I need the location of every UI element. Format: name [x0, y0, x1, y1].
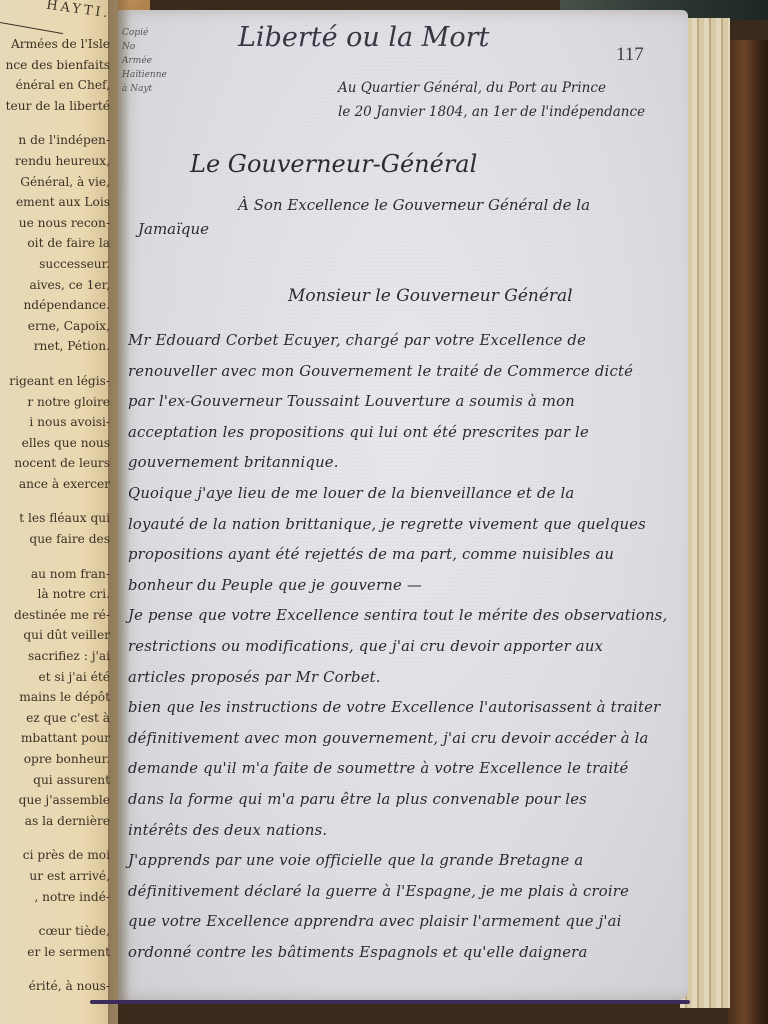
printed-line: destinée me ré- [0, 605, 110, 626]
printed-line: successeur. [0, 254, 110, 275]
printed-line: que faire des [0, 529, 110, 550]
printed-line: as la dernière [0, 811, 110, 832]
handwritten-line: Mr Edouard Corbet Ecuyer, chargé par vot… [128, 332, 688, 363]
printed-line: et si j'ai été [0, 667, 110, 688]
printed-line: ur est arrivé, [0, 866, 110, 887]
sender-title: Le Gouverneur-Général [190, 150, 477, 178]
printed-line: opre bonheur. [0, 749, 110, 770]
addressee-line-1: À Son Excellence le Gouverneur Général d… [238, 196, 590, 214]
printed-line: Général, à vie, [0, 172, 110, 193]
handwritten-line: restrictions ou modifications, que j'ai … [128, 638, 688, 669]
handwritten-line: bonheur du Peuple que je gouverne — [128, 577, 688, 608]
printed-line: Armées de l'Isle [0, 34, 110, 55]
printed-line: nce des bienfaits [0, 55, 110, 76]
handwritten-line: propositions ayant été rejettés de ma pa… [128, 546, 688, 577]
handwritten-line: que votre Excellence apprendra avec plai… [128, 913, 688, 944]
handwritten-line: définitivement avec mon gouvernement, j'… [128, 730, 688, 761]
printed-line: rnet, Pétion. [0, 336, 110, 357]
printed-line: ement aux Lois [0, 192, 110, 213]
printed-line: aives, ce 1er, [0, 275, 110, 296]
printed-line [0, 116, 110, 130]
printed-line: elles que nous [0, 433, 110, 454]
salutation: Monsieur le Gouverneur Général [288, 286, 573, 306]
printed-line: énéral en Chef, [0, 75, 110, 96]
handwritten-line: définitivement déclaré la guerre à l'Esp… [128, 883, 688, 914]
printed-line: ci près de moi [0, 845, 110, 866]
handwritten-line: Je pense que votre Excellence sentira to… [128, 607, 688, 638]
printed-line: ez que c'est à [0, 708, 110, 729]
printed-line: teur de la liberté [0, 96, 110, 117]
printed-line: mbattant pour [0, 728, 110, 749]
handwritten-line: ordonné contre les bâtiments Espagnols e… [128, 944, 688, 975]
leather-binding [728, 40, 768, 1024]
printed-text-block: Armées de l'Islence des bienfaitsénéral … [0, 34, 116, 997]
handwritten-line: intérêts des deux nations. [128, 822, 688, 853]
printed-line [0, 962, 110, 976]
printed-line: ance à exercer [0, 474, 110, 495]
printed-line: er le serment [0, 942, 110, 963]
printed-line: ndépendance. [0, 295, 110, 316]
printed-line: r notre gloire [0, 392, 110, 413]
photo-scene: HAYTI. Armées de l'Islence des bienfaits… [0, 0, 768, 1024]
printed-line: t les fléaux qui [0, 508, 110, 529]
printed-line: , notre indé- [0, 887, 110, 908]
handwritten-line: demande qu'il m'a faite de soumettre à v… [128, 760, 688, 791]
printed-line: que j'assemble [0, 790, 110, 811]
printed-line: érité, à nous- [0, 976, 110, 997]
handwritten-line: gouvernement britannique. [128, 454, 688, 485]
handwritten-line: par l'ex-Gouverneur Toussaint Louverture… [128, 393, 688, 424]
printed-line [0, 831, 110, 845]
printed-line: erne, Capoix, [0, 316, 110, 337]
printed-line [0, 907, 110, 921]
printed-line: nocent de leurs [0, 453, 110, 474]
printed-line: qui assurent [0, 770, 110, 791]
printed-line [0, 357, 110, 371]
printed-line: oit de faire la [0, 233, 110, 254]
header-rule [0, 22, 63, 34]
printed-line: rigeant en légis- [0, 371, 110, 392]
handwritten-line: bien que les instructions de votre Excel… [128, 699, 688, 730]
handwritten-line: dans la forme qui m'a paru être la plus … [128, 791, 688, 822]
handwritten-line: J'apprends par une voie officielle que l… [128, 852, 688, 883]
book-gutter-shadow [108, 0, 130, 1024]
handwritten-line: loyauté de la nation brittanique, je reg… [128, 516, 688, 547]
printed-line: n de l'indépen- [0, 130, 110, 151]
handwritten-line: Quoique j'aye lieu de me louer de la bie… [128, 485, 688, 516]
handwritten-line: renouveller avec mon Gouvernement le tra… [128, 363, 688, 394]
printed-line: i nous avoisi- [0, 412, 110, 433]
printed-line: sacrifiez : j'ai [0, 646, 110, 667]
printed-line: au nom fran- [0, 564, 110, 585]
handwritten-line: articles proposés par Mr Corbet. [128, 669, 688, 700]
running-header: HAYTI. [45, 0, 111, 21]
printed-line: là notre cri. [0, 584, 110, 605]
printed-line: cœur tiède, [0, 921, 110, 942]
printed-line: qui dût veiller [0, 625, 110, 646]
motto-heading: Liberté ou la Mort [238, 22, 489, 53]
printed-line [0, 494, 110, 508]
left-printed-page: HAYTI. Armées de l'Islence des bienfaits… [0, 0, 118, 1024]
addressee-line-2: Jamaïque [138, 220, 209, 238]
page-bottom-edge [90, 1000, 690, 1004]
printed-line [0, 550, 110, 564]
date-line: le 20 Janvier 1804, an 1er de l'indépend… [338, 104, 645, 120]
place-line: Au Quartier Général, du Port au Prince [338, 80, 606, 96]
printed-line: ue nous recon- [0, 213, 110, 234]
manuscript-page: CopiéNoArméeHaïtienneà Nayt Liberté ou l… [118, 10, 688, 1000]
printed-line: mains le dépôt [0, 687, 110, 708]
printed-line: rendu heureux, [0, 151, 110, 172]
letter-body: Mr Edouard Corbet Ecuyer, chargé par vot… [128, 332, 688, 974]
handwritten-line: acceptation les propositions qui lui ont… [128, 424, 688, 455]
page-number: 117 [616, 44, 644, 66]
